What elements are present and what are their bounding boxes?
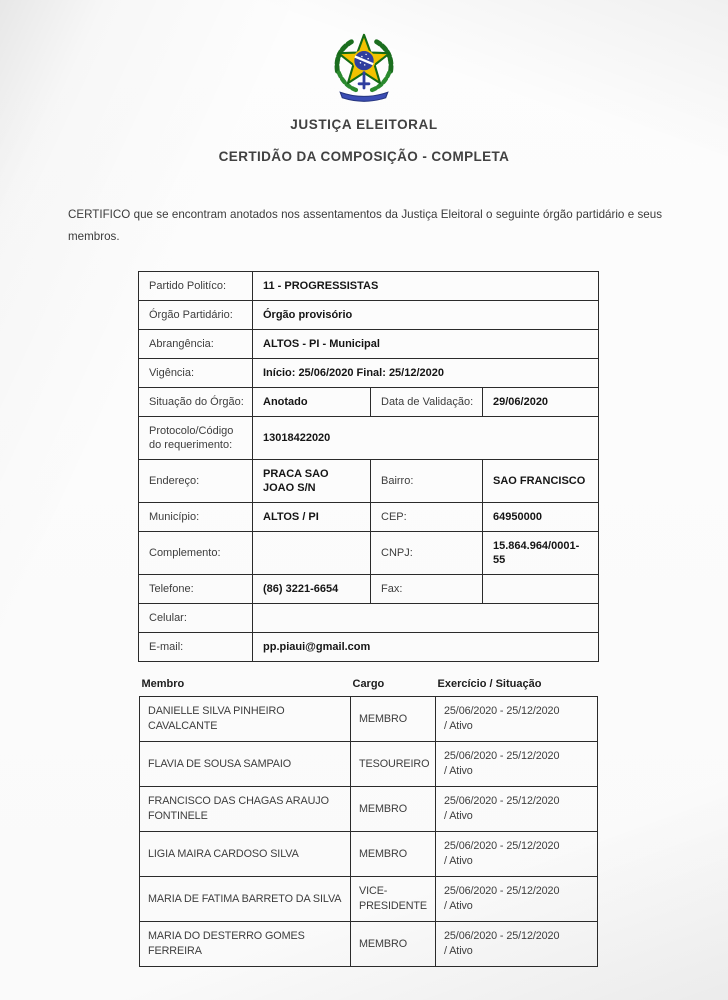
info-cell-value: ALTOS / PI xyxy=(253,503,371,532)
info-cell-value: ALTOS - PI - Municipal xyxy=(253,330,599,359)
info-cell-value: 15.864.964/0001-55 xyxy=(483,532,599,575)
info-cell-label: Data de Validação: xyxy=(371,388,483,417)
info-cell-label: Órgão Partidário: xyxy=(139,301,253,330)
member-row-1: FLAVIA DE SOUSA SAMPAIOTESOUREIRO25/06/2… xyxy=(140,742,598,787)
member-row-4: MARIA DE FATIMA BARRETO DA SILVAVICE-PRE… xyxy=(140,877,598,922)
info-cell-value: 64950000 xyxy=(483,503,599,532)
member-exercicio-cell: 25/06/2020 - 25/12/2020 / Ativo xyxy=(436,787,598,832)
info-row-9: Telefone:(86) 3221-6654Fax: xyxy=(139,575,599,604)
info-cell-value: 29/06/2020 xyxy=(483,388,599,417)
info-cell-value: 11 - PROGRESSISTAS xyxy=(253,272,599,301)
info-cell-label: Abrangência: xyxy=(139,330,253,359)
member-row-0: DANIELLE SILVA PINHEIRO CAVALCANTEMEMBRO… xyxy=(140,697,598,742)
info-cell-label: CNPJ: xyxy=(371,532,483,575)
info-row-0: Partido Politíco:11 - PROGRESSISTAS xyxy=(139,272,599,301)
info-cell-label: Município: xyxy=(139,503,253,532)
page-subtitle: CERTIDÃO DA COMPOSIÇÃO - COMPLETA xyxy=(0,149,728,164)
info-row-3: Vigência:Início: 25/06/2020 Final: 25/12… xyxy=(139,359,599,388)
member-name-cell: MARIA DE FATIMA BARRETO DA SILVA xyxy=(140,877,351,922)
info-cell-value: Anotado xyxy=(253,388,371,417)
info-row-8: Complemento:CNPJ:15.864.964/0001-55 xyxy=(139,532,599,575)
info-cell-value: PRACA SAO JOAO S/N xyxy=(253,460,371,503)
info-row-2: Abrangência:ALTOS - PI - Municipal xyxy=(139,330,599,359)
member-cargo-cell: MEMBRO xyxy=(351,697,436,742)
member-exercicio-cell: 25/06/2020 - 25/12/2020 / Ativo xyxy=(436,832,598,877)
info-cell-label: Vigência: xyxy=(139,359,253,388)
info-cell-label: E-mail: xyxy=(139,633,253,662)
info-cell-label: Partido Politíco: xyxy=(139,272,253,301)
members-header-row: Membro Cargo Exercício / Situação xyxy=(140,676,598,697)
info-row-7: Município:ALTOS / PICEP:64950000 xyxy=(139,503,599,532)
document-page: JUSTIÇA ELEITORAL CERTIDÃO DA COMPOSIÇÃO… xyxy=(0,0,728,1000)
info-cell-value xyxy=(253,604,599,633)
member-cargo-cell: MEMBRO xyxy=(351,832,436,877)
info-row-11: E-mail:pp.piaui@gmail.com xyxy=(139,633,599,662)
member-name-cell: DANIELLE SILVA PINHEIRO CAVALCANTE xyxy=(140,697,351,742)
info-row-6: Endereço:PRACA SAO JOAO S/NBairro:SAO FR… xyxy=(139,460,599,503)
members-table-body: DANIELLE SILVA PINHEIRO CAVALCANTEMEMBRO… xyxy=(140,697,598,967)
member-name-cell: MARIA DO DESTERRO GOMES FERREIRA xyxy=(140,922,351,967)
info-cell-value: (86) 3221-6654 xyxy=(253,575,371,604)
emblem-container xyxy=(0,0,728,108)
info-row-4: Situação do Órgão:AnotadoData de Validaç… xyxy=(139,388,599,417)
info-cell-value: 13018422020 xyxy=(253,417,599,460)
party-info-table-body: Partido Politíco:11 - PROGRESSISTASÓrgão… xyxy=(139,272,599,662)
member-row-5: MARIA DO DESTERRO GOMES FERREIRAMEMBRO25… xyxy=(140,922,598,967)
member-exercicio-cell: 25/06/2020 - 25/12/2020 / Ativo xyxy=(436,922,598,967)
info-cell-label: Endereço: xyxy=(139,460,253,503)
member-name-cell: FRANCISCO DAS CHAGAS ARAUJO FONTINELE xyxy=(140,787,351,832)
party-info-table: Partido Politíco:11 - PROGRESSISTASÓrgão… xyxy=(138,271,599,662)
member-row-3: LIGIA MAIRA CARDOSO SILVAMEMBRO25/06/202… xyxy=(140,832,598,877)
page-title: JUSTIÇA ELEITORAL xyxy=(0,117,728,132)
info-cell-label: Fax: xyxy=(371,575,483,604)
member-cargo-cell: TESOUREIRO xyxy=(351,742,436,787)
member-cargo-cell: VICE-PRESIDENTE xyxy=(351,877,436,922)
member-exercicio-cell: 25/06/2020 - 25/12/2020 / Ativo xyxy=(436,697,598,742)
info-cell-value: pp.piaui@gmail.com xyxy=(253,633,599,662)
info-cell-label: Celular: xyxy=(139,604,253,633)
info-row-1: Órgão Partidário:Órgão provisório xyxy=(139,301,599,330)
members-table: Membro Cargo Exercício / Situação DANIEL… xyxy=(139,676,598,967)
member-exercicio-cell: 25/06/2020 - 25/12/2020 / Ativo xyxy=(436,877,598,922)
info-cell-label: CEP: xyxy=(371,503,483,532)
member-exercicio-cell: 25/06/2020 - 25/12/2020 / Ativo xyxy=(436,742,598,787)
members-section: Membro Cargo Exercício / Situação DANIEL… xyxy=(139,676,597,967)
info-row-5: Protocolo/Código do requerimento:1301842… xyxy=(139,417,599,460)
members-header-cargo: Cargo xyxy=(351,676,436,697)
member-name-cell: LIGIA MAIRA CARDOSO SILVA xyxy=(140,832,351,877)
info-cell-label: Situação do Órgão: xyxy=(139,388,253,417)
member-cargo-cell: MEMBRO xyxy=(351,787,436,832)
info-cell-label: Complemento: xyxy=(139,532,253,575)
brazil-coat-of-arms-icon xyxy=(322,26,406,108)
members-header-membro: Membro xyxy=(140,676,351,697)
info-cell-value: Órgão provisório xyxy=(253,301,599,330)
members-header-exercicio: Exercício / Situação xyxy=(436,676,598,697)
certificate-intro-text: CERTIFICO que se encontram anotados nos … xyxy=(68,204,662,248)
info-cell-value xyxy=(483,575,599,604)
member-row-2: FRANCISCO DAS CHAGAS ARAUJO FONTINELEMEM… xyxy=(140,787,598,832)
info-cell-label: Telefone: xyxy=(139,575,253,604)
info-cell-value: SAO FRANCISCO xyxy=(483,460,599,503)
info-cell-label: Bairro: xyxy=(371,460,483,503)
member-name-cell: FLAVIA DE SOUSA SAMPAIO xyxy=(140,742,351,787)
info-row-10: Celular: xyxy=(139,604,599,633)
info-cell-value: Início: 25/06/2020 Final: 25/12/2020 xyxy=(253,359,599,388)
info-cell-value xyxy=(253,532,371,575)
info-cell-label: Protocolo/Código do requerimento: xyxy=(139,417,253,460)
member-cargo-cell: MEMBRO xyxy=(351,922,436,967)
